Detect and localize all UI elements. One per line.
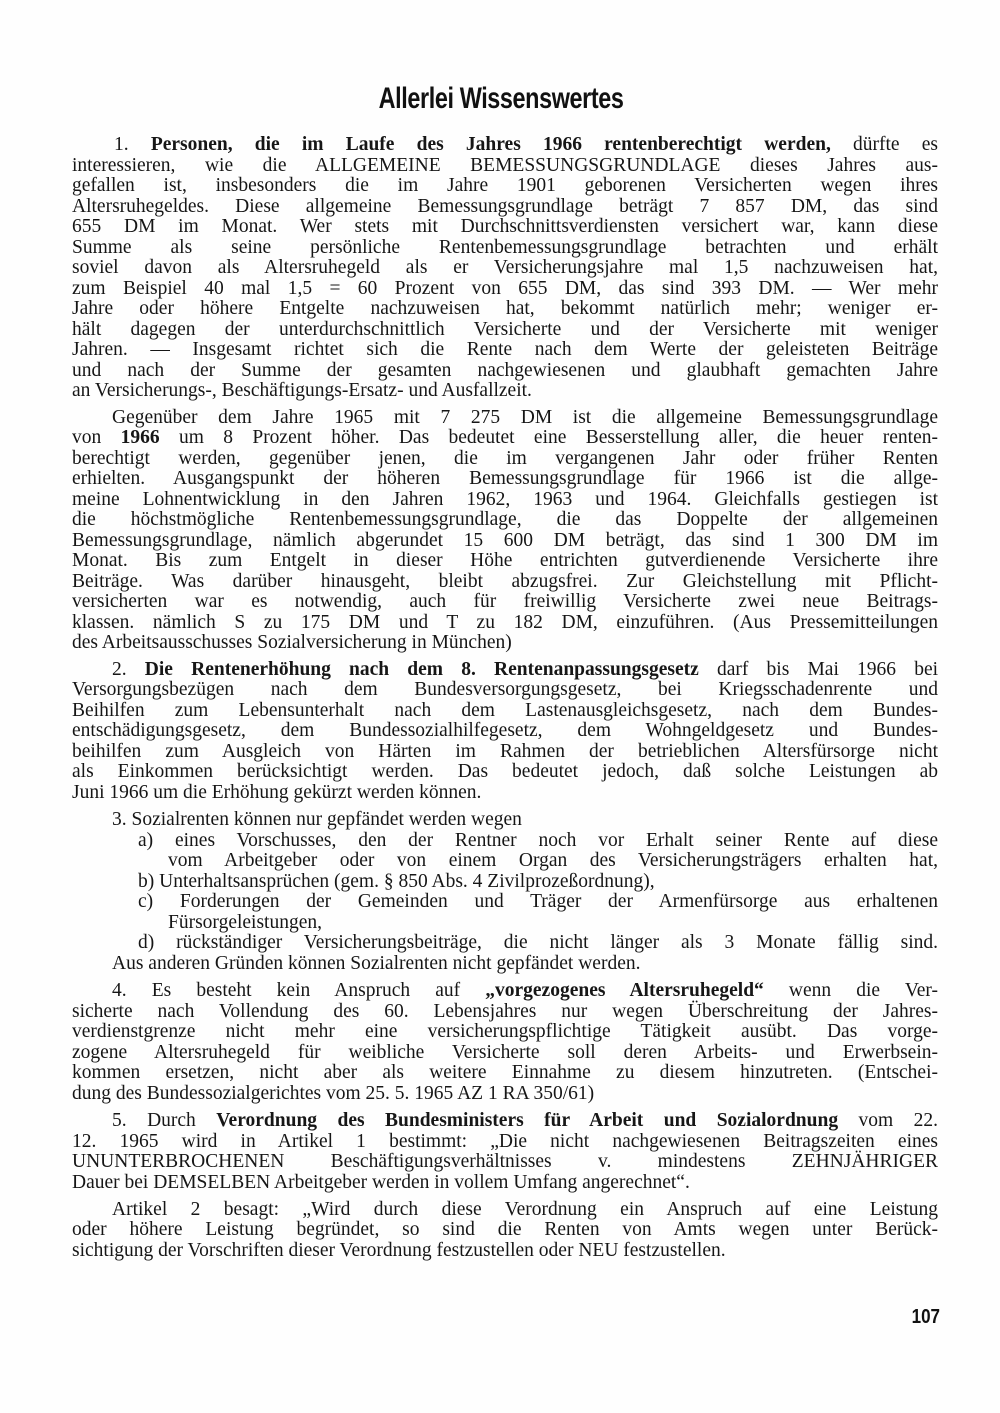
text-line: entschädigungsgesetz, dem Bundessozialhi… — [72, 720, 938, 741]
document-page: Allerlei Wissenswertes 1. Personen, die … — [0, 0, 1000, 1413]
text-line: kommen ersetzen, nicht aber als weitere … — [72, 1062, 938, 1083]
text-line: dung des Bundessozialgerichtes vom 25. 5… — [72, 1083, 938, 1104]
text-line: und nach der Summe der gesamten nachgewi… — [72, 360, 938, 381]
text-line: Bemessungsgrundlage, nämlich abgerundet … — [72, 530, 938, 551]
text-line: soviel davon als Altersruhegeld als er V… — [72, 257, 938, 278]
text-line: des Arbeitsausschusses Sozialversicherun… — [72, 632, 938, 653]
text-line: erhielten. Ausgangspunkt der höheren Bem… — [72, 468, 938, 489]
text-line: an Versicherungs-, Beschäftigungs-Ersatz… — [72, 380, 938, 401]
text-line: Artikel 2 besagt: „Wird durch diese Vero… — [112, 1199, 938, 1220]
text-run: darf bis Mai 1966 bei — [699, 659, 938, 680]
text-line: b) Unterhaltsansprüchen (gem. § 850 Abs.… — [138, 871, 938, 892]
bold-heading: 1966 — [121, 427, 160, 448]
text-line: UNUNTERBROCHENEN Beschäftigungsverhältni… — [72, 1151, 938, 1172]
text-line: die höchstmögliche Rentenbemessungsgrund… — [72, 509, 938, 530]
text-run: wenn die Ver- — [764, 980, 938, 1001]
text-line: Beiträge. Was darüber hinausgeht, bleibt… — [72, 571, 938, 592]
text-line: vom Arbeitgeber oder von einem Organ des… — [168, 850, 938, 871]
text-run: von — [72, 427, 121, 448]
text-line: zogene Altersruhegeld für weibliche Vers… — [72, 1042, 938, 1063]
text-line: sichtigung der Vorschriften dieser Veror… — [72, 1240, 938, 1261]
bold-heading: Verordnung des Bundesministers für Arbei… — [216, 1110, 838, 1131]
text-line: zum Beispiel 40 mal 1,5 = 60 Prozent von… — [72, 278, 938, 299]
text-line: 655 DM im Monat. Wer stets mit Durchschn… — [72, 216, 938, 237]
text-line: d) rückständiger Versicherungsbeiträge, … — [138, 932, 938, 953]
text-run: 2. — [112, 659, 145, 680]
text-line: Summe als seine persönliche Rentenbemess… — [72, 237, 938, 258]
bold-heading: Personen, die im Laufe des Jahres 1966 r… — [151, 134, 831, 155]
bold-heading: „vorgezogenes Altersruhegeld“ — [485, 980, 764, 1001]
text-run: 4. Es besteht kein Anspruch auf — [112, 980, 485, 1001]
text-line: 3. Sozialrenten können nur gepfändet wer… — [112, 809, 938, 830]
text-line: klassen. nämlich S zu 175 DM und T zu 18… — [72, 612, 938, 633]
text-line: 4. Es besteht kein Anspruch auf „vorgezo… — [112, 980, 938, 1001]
text-line: Juni 1966 um die Erhöhung gekürzt werden… — [72, 782, 938, 803]
text-line: oder höhere Leistung begründet, so sind … — [72, 1219, 938, 1240]
text-run: um 8 Prozent höher. Das bedeutet eine Be… — [160, 427, 938, 448]
text-line: meine Lohnentwicklung in den Jahren 1962… — [72, 489, 938, 510]
text-line: c) Forderungen der Gemeinden und Träger … — [138, 891, 938, 912]
text-run: 1. — [114, 134, 151, 155]
text-line: Jahren. — Insgesamt richtet sich die Ren… — [72, 339, 938, 360]
page-number: 107 — [906, 1306, 940, 1329]
text-line: Versorgungsbezügen nach dem Bundesversor… — [72, 679, 938, 700]
text-line: 12. 1965 wird in Artikel 1 bestimmt: „Di… — [72, 1131, 938, 1152]
text-line: Monat. Bis zum Entgelt in dieser Höhe en… — [72, 550, 938, 571]
bold-heading: Die Rentenerhöhung nach dem 8. Rentenanp… — [145, 659, 699, 680]
text-line: Gegenüber dem Jahre 1965 mit 7 275 DM is… — [112, 407, 938, 428]
text-line: 2. Die Rentenerhöhung nach dem 8. Renten… — [112, 659, 938, 680]
text-run: dürfte es — [831, 134, 938, 155]
text-line: versicherten war es notwendig, auch für … — [72, 591, 938, 612]
text-line: hält dagegen der unterdurchschnittlich V… — [72, 319, 938, 340]
text-line: a) eines Vorschusses, den der Rentner no… — [138, 830, 938, 851]
text-line: berechtigt werden, gegenüber jenen, die … — [72, 448, 938, 469]
text-line: interessieren, wie die ALLGEMEINE BEMESS… — [72, 155, 938, 176]
text-line: Dauer bei DEMSELBEN Arbeitgeber werden i… — [72, 1172, 938, 1193]
text-line: Aus anderen Gründen können Sozialrenten … — [112, 953, 938, 974]
text-run: 5. Durch — [112, 1110, 216, 1131]
page-title: Allerlei Wissenswertes — [111, 82, 891, 116]
text-line: beihilfen zum Ausgleich von Härten im Ra… — [72, 741, 938, 762]
text-line: Fürsorgeleistungen, — [168, 912, 938, 933]
text-line: Jahre oder höhere Entgelte nachzuweisen … — [72, 298, 938, 319]
text-line: gefallen ist, insbesonders die im Jahre … — [72, 175, 938, 196]
text-line: 1. Personen, die im Laufe des Jahres 196… — [114, 134, 938, 155]
text-line: verdienstgrenze nicht mehr eine versiche… — [72, 1021, 938, 1042]
text-line: als Einkommen berücksichtigt werden. Das… — [72, 761, 938, 782]
text-line: 5. Durch Verordnung des Bundesministers … — [112, 1110, 938, 1131]
text-line: Beihilfen zum Lebensunterhalt nach dem L… — [72, 700, 938, 721]
text-line: sicherte nach Vollendung des 60. Lebensj… — [72, 1001, 938, 1022]
text-line: Altersruhegeldes. Diese allgemeine Bemes… — [72, 196, 938, 217]
text-line: von 1966 um 8 Prozent höher. Das bedeute… — [72, 427, 938, 448]
text-run: vom 22. — [838, 1110, 938, 1131]
